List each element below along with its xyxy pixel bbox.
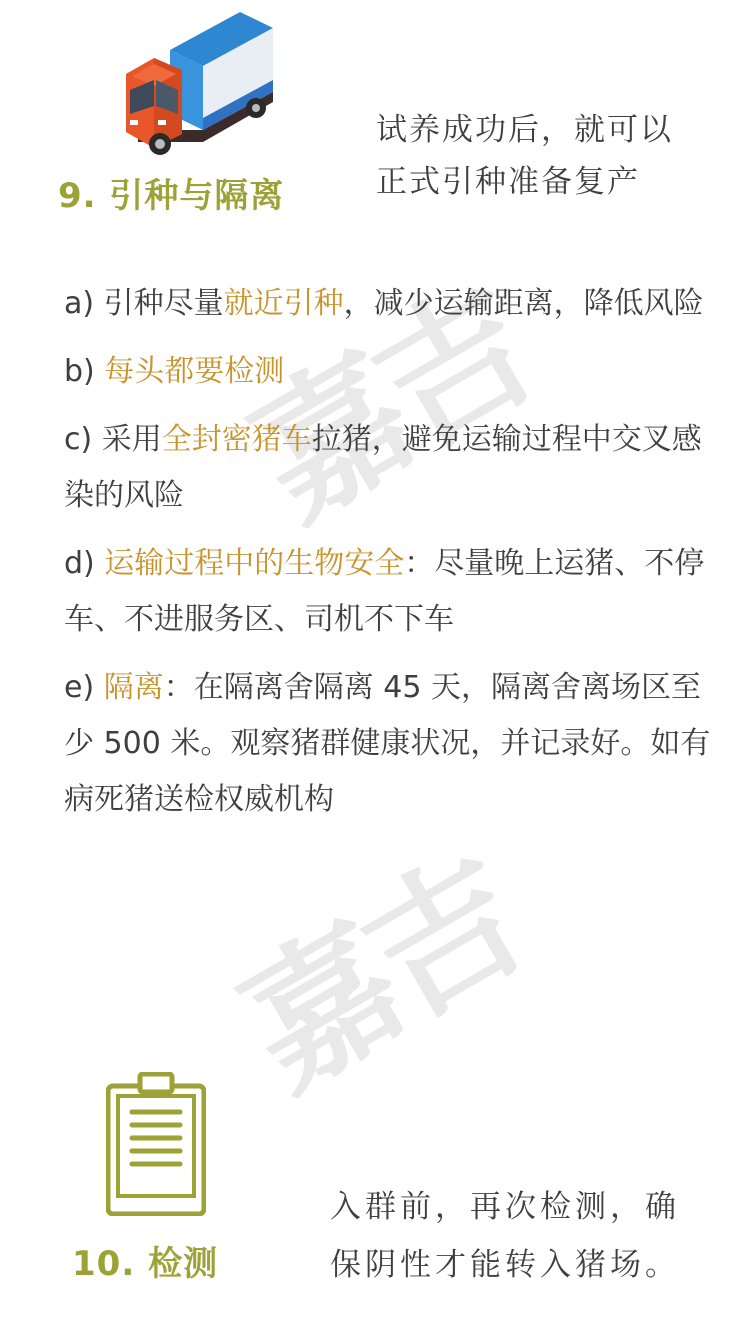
list-item-e: e) 隔离：在隔离舍隔离 45 天，隔离舍离场区至少 500 米。观察猪群健康状… [64, 660, 714, 828]
item-highlight: 运输过程中的生物安全 [104, 546, 404, 581]
summary-line: 正式引种准备复产 [376, 156, 673, 208]
item-text: 采用 [102, 422, 162, 457]
item-highlight: 隔离 [104, 670, 164, 705]
clipboard-icon [106, 1072, 206, 1216]
summary-line: 入群前，再次检测，确 [330, 1178, 680, 1236]
item-prefix: e) [64, 670, 104, 705]
summary-line: 试养成功后，就可以 [376, 104, 673, 156]
section-9-summary: 试养成功后，就可以 正式引种准备复产 [376, 104, 673, 208]
item-text: ，减少运输距离，降低风险 [344, 286, 704, 321]
list-item-d: d) 运输过程中的生物安全：尽量晚上运猪、不停车、不进服务区、司机不下车 [64, 536, 714, 648]
item-prefix: c) [64, 422, 102, 457]
watermark-bottom: 嘉吉 [221, 840, 539, 1110]
item-prefix: a) [64, 286, 104, 321]
item-prefix: b) [64, 354, 104, 389]
truck-icon [118, 10, 276, 160]
section-9-title: 9. 引种与隔离 [58, 168, 284, 217]
item-prefix: d) [64, 546, 104, 581]
section-10-summary: 入群前，再次检测，确 保阴性才能转入猪场。 [330, 1178, 680, 1294]
item-highlight: 每头都要检测 [104, 354, 284, 389]
item-text: 引种尽量 [104, 286, 224, 321]
list-item-c: c) 采用全封密猪车拉猪，避免运输过程中交叉感染的风险 [64, 412, 714, 524]
summary-line: 保阴性才能转入猪场。 [330, 1236, 680, 1294]
list-item-a: a) 引种尽量就近引种，减少运输距离，降低风险 [64, 276, 714, 332]
item-highlight: 就近引种 [224, 286, 344, 321]
item-highlight: 全封密猪车 [162, 422, 312, 457]
section-9-items: a) 引种尽量就近引种，减少运输距离，降低风险 b) 每头都要检测 c) 采用全… [64, 276, 714, 840]
section-10-title: 10. 检测 [72, 1236, 218, 1285]
list-item-b: b) 每头都要检测 [64, 344, 714, 400]
